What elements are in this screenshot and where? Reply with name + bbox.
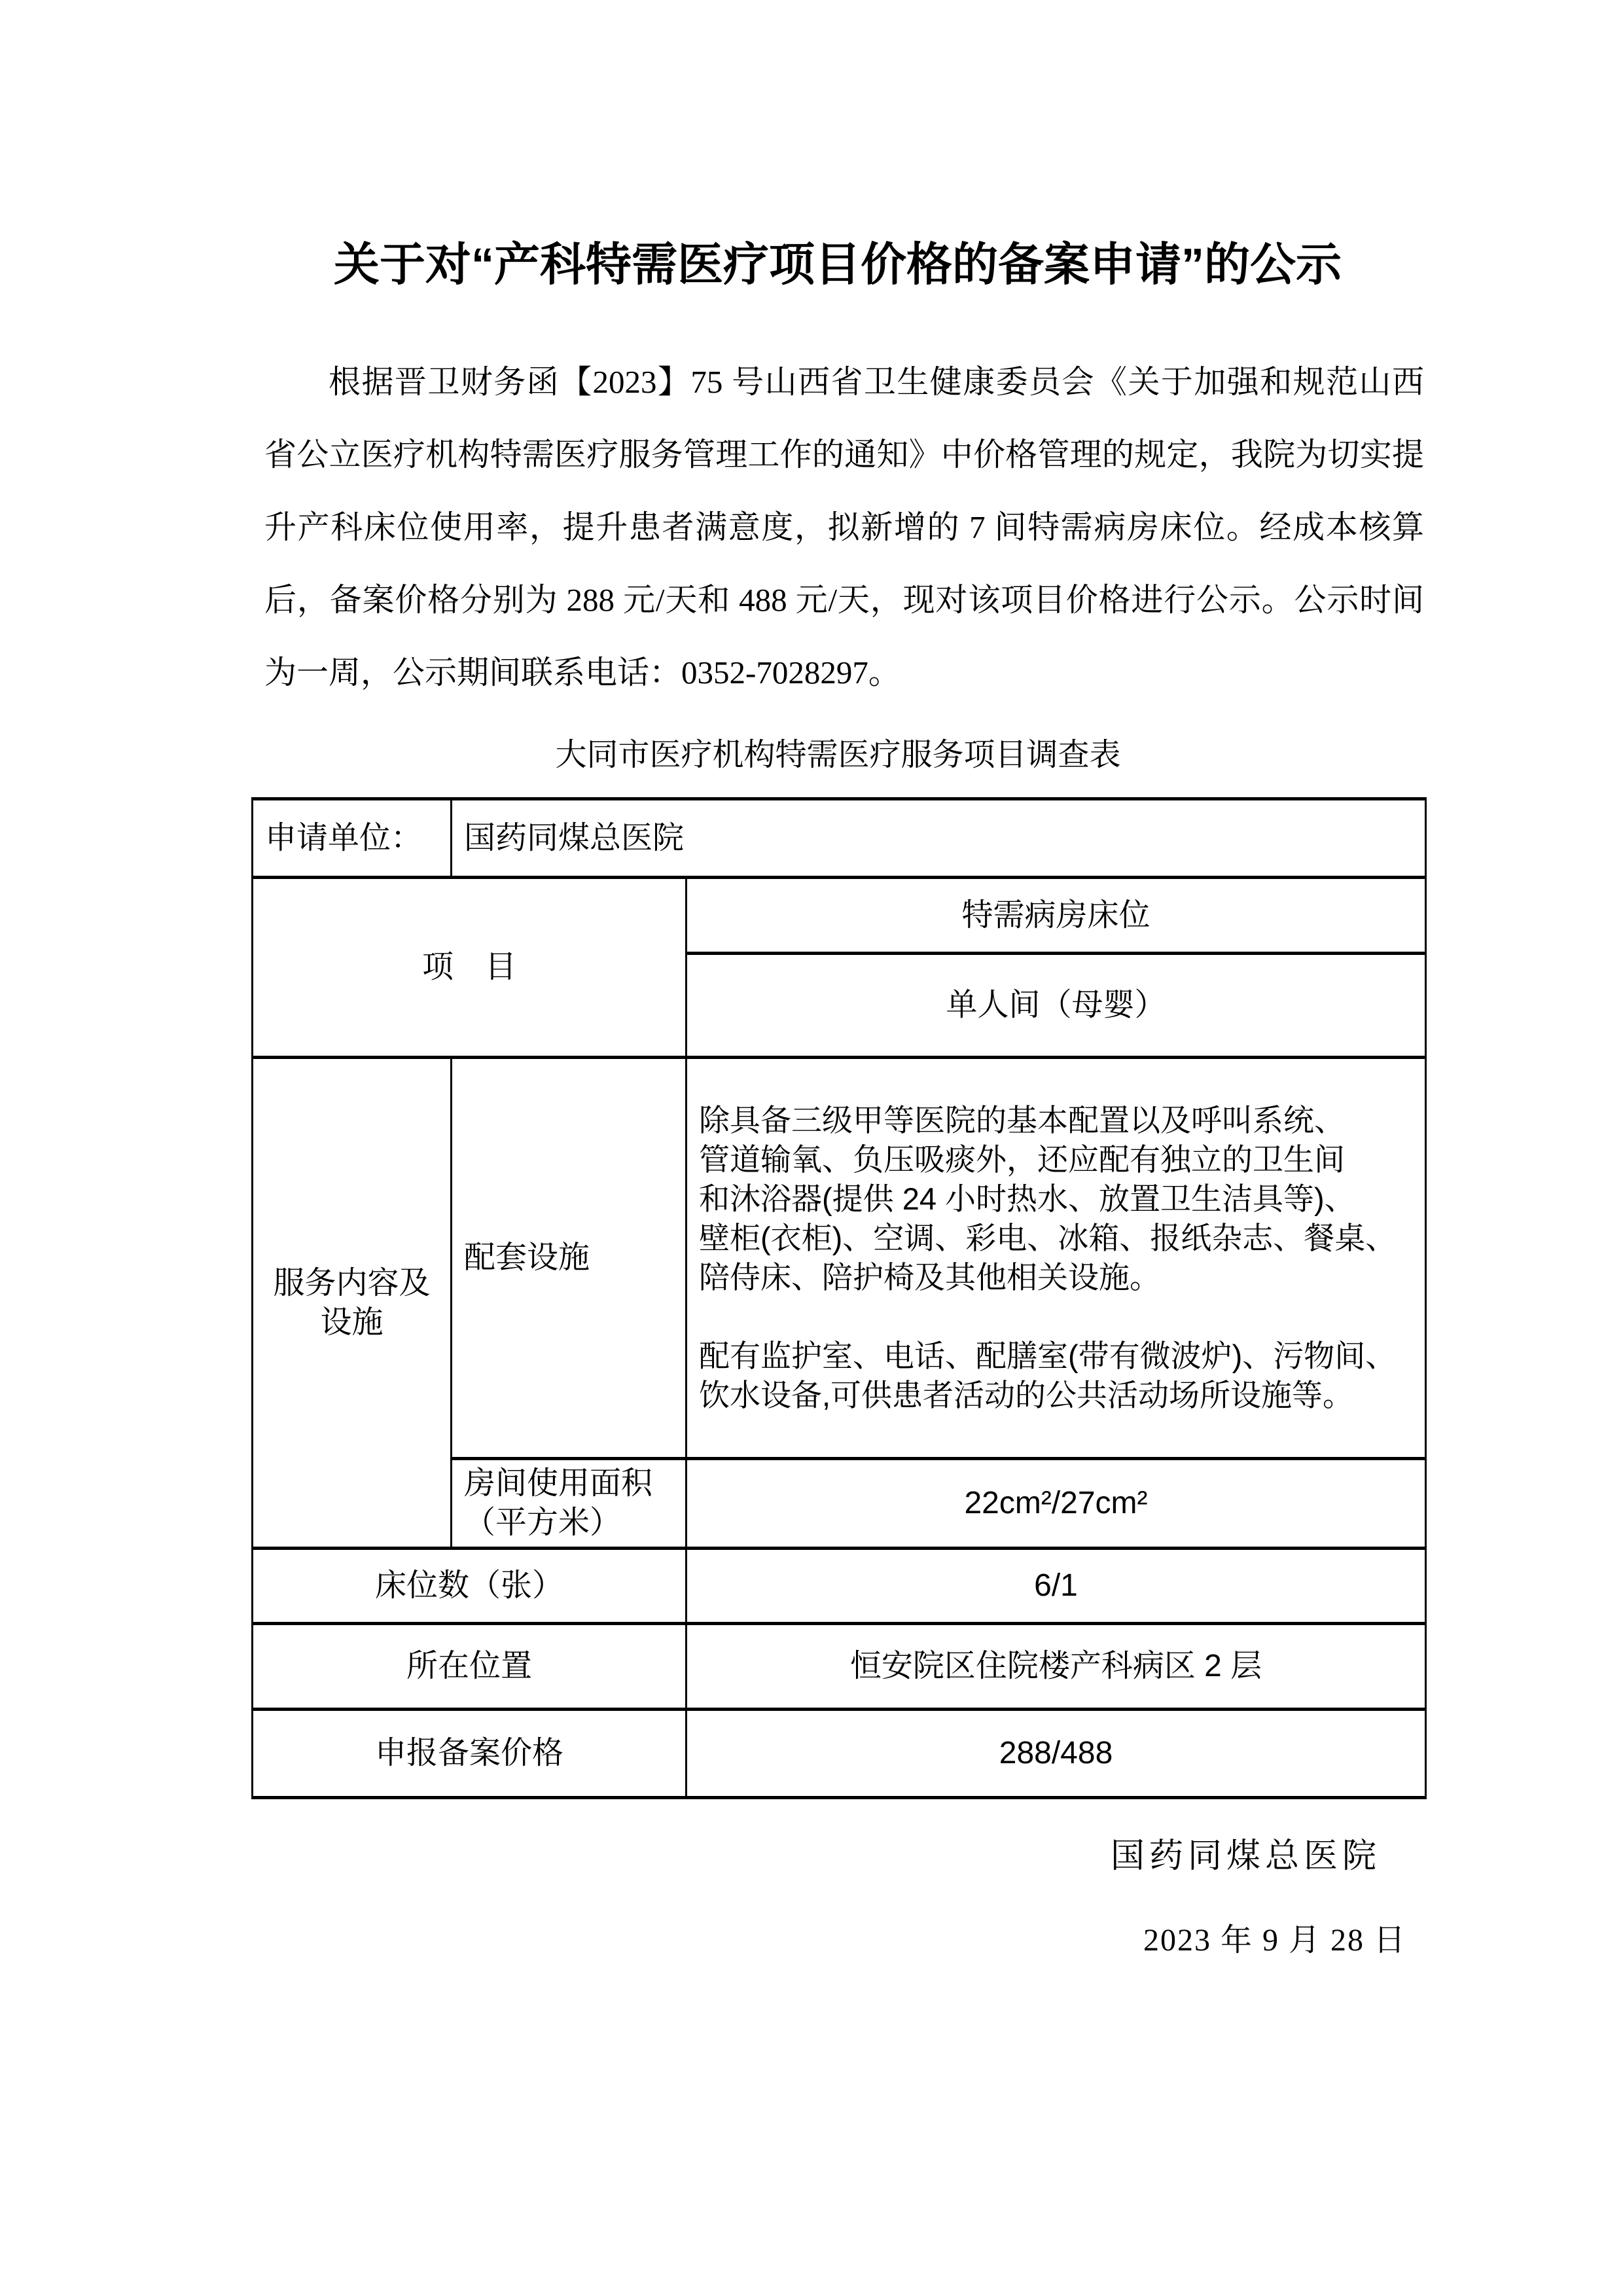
survey-table: 申请单位： 国药同煤总医院 项 目 特需病房床位 单人间（母婴） 服务内容及设施…	[251, 797, 1427, 1799]
table-row-project-category: 项 目 特需病房床位	[253, 878, 1426, 954]
project-label-cell: 项 目	[253, 878, 687, 1058]
facilities-label-cell: 配套设施	[452, 1058, 687, 1459]
table-row-facilities: 服务内容及设施 配套设施 除具备三级甲等医院的基本配置以及呼叫系统、 管道输氧、…	[253, 1058, 1426, 1459]
document-page: 关于对“产科特需医疗项目价格的备案申请”的公示 根据晋卫财务函【2023】75 …	[0, 0, 1623, 2296]
applicant-value-cell: 国药同煤总医院	[452, 799, 1426, 878]
beds-value-cell: 6/1	[687, 1549, 1426, 1624]
room-area-label-cell: 房间使用面积 （平方米）	[452, 1459, 687, 1549]
signature-date: 2023 年 9 月 28 日	[1143, 1922, 1406, 1960]
room-area-value-cell: 22cm²/27cm²	[687, 1459, 1426, 1549]
facilities-text-cell: 除具备三级甲等医院的基本配置以及呼叫系统、 管道输氧、负压吸痰外，还应配有独立的…	[687, 1058, 1426, 1459]
table-row-location: 所在位置 恒安院区住院楼产科病区 2 层	[253, 1624, 1426, 1710]
signature: 国药同煤总医院	[1111, 1837, 1381, 1877]
table-row-applicant: 申请单位： 国药同煤总医院	[253, 799, 1426, 878]
location-value-cell: 恒安院区住院楼产科病区 2 层	[687, 1624, 1426, 1710]
declared-price-value-cell: 288/488	[687, 1710, 1426, 1798]
table-row-beds: 床位数（张） 6/1	[253, 1549, 1426, 1624]
project-roomtype-cell: 单人间（母婴）	[687, 954, 1426, 1058]
facilities-paragraph-2: 配有监护室、电话、配膳室(带有微波炉)、污物间、 饮水设备,可供患者活动的公共活…	[699, 1336, 1413, 1415]
table-row-declared-price: 申报备案价格 288/488	[253, 1710, 1426, 1798]
location-label-cell: 所在位置	[253, 1624, 687, 1710]
service-content-label-cell: 服务内容及设施	[253, 1058, 452, 1549]
project-category-cell: 特需病房床位	[687, 878, 1426, 954]
document-title: 关于对“产科特需医疗项目价格的备案申请”的公示	[255, 238, 1420, 291]
beds-label-cell: 床位数（张）	[253, 1549, 687, 1624]
table-caption: 大同市医疗机构特需医疗服务项目调查表	[251, 737, 1425, 774]
body-paragraph: 根据晋卫财务函【2023】75 号山西省卫生健康委员会《关于加强和规范山西省公立…	[264, 346, 1424, 709]
facilities-paragraph-1: 除具备三级甲等医院的基本配置以及呼叫系统、 管道输氧、负压吸痰外，还应配有独立的…	[699, 1101, 1413, 1297]
applicant-label-cell: 申请单位：	[253, 799, 452, 878]
declared-price-label-cell: 申报备案价格	[253, 1710, 687, 1798]
